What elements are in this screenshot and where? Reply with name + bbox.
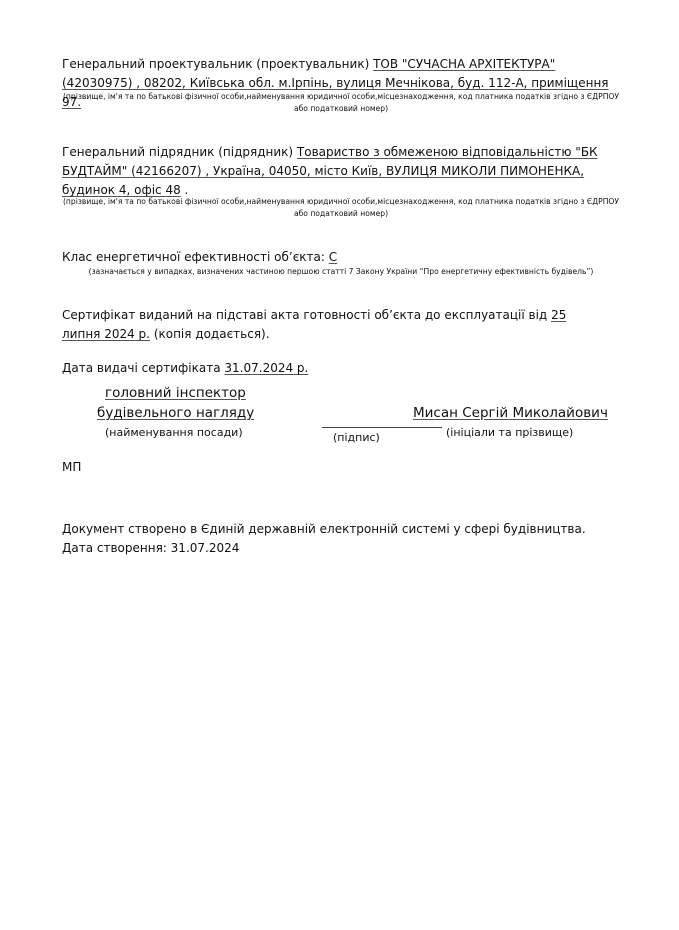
general-contractor-caption: (прізвище, ім'я та по батькові фізичної …: [58, 196, 624, 220]
energy-class-value: С: [329, 250, 337, 264]
general-designer-caption: (прізвище, ім'я та по батькові фізичної …: [58, 91, 624, 115]
footer-note: Документ створено в Єдиній державній еле…: [62, 520, 586, 539]
position-line-2: будівельного нагляду: [97, 404, 254, 422]
basis-paragraph: Сертифікат виданий на підставі акта гото…: [62, 306, 602, 344]
stamp-label: МП: [62, 458, 81, 477]
issue-date-label: Дата видачі сертифіката: [62, 361, 221, 375]
position-line-1: головний інспектор: [105, 384, 246, 402]
general-designer-label: Генеральний проектувальник (проектувальн…: [62, 57, 369, 71]
position-caption: (найменування посади): [105, 426, 243, 440]
basis-text: Сертифікат виданий на підставі акта гото…: [62, 308, 547, 322]
footer-created-label: Дата створення:: [62, 541, 167, 555]
issue-date-paragraph: Дата видачі сертифіката 31.07.2024 р.: [62, 359, 622, 378]
energy-class-paragraph: Клас енергетичної ефективності об’єкта: …: [62, 248, 622, 267]
issue-date-value: 31.07.2024 р.: [224, 361, 308, 375]
general-contractor-trailing: .: [181, 183, 189, 197]
footer-created-date: 31.07.2024: [171, 541, 240, 555]
signatory-name: Мисан Сергій Миколайович: [413, 404, 608, 422]
signature-line: [322, 427, 442, 428]
signatory-name-caption: (ініціали та прізвище): [446, 426, 573, 440]
general-contractor-paragraph: Генеральний підрядник (підрядник) Товари…: [62, 143, 622, 200]
footer-created: Дата створення: 31.07.2024: [62, 539, 239, 558]
energy-class-caption: (зазначається у випадках, визначених час…: [58, 266, 624, 278]
general-contractor-label: Генеральний підрядник (підрядник): [62, 145, 293, 159]
signature-caption: (підпис): [333, 431, 380, 445]
energy-class-label: Клас енергетичної ефективності об’єкта:: [62, 250, 325, 264]
basis-suffix: (копія додається).: [154, 327, 270, 341]
